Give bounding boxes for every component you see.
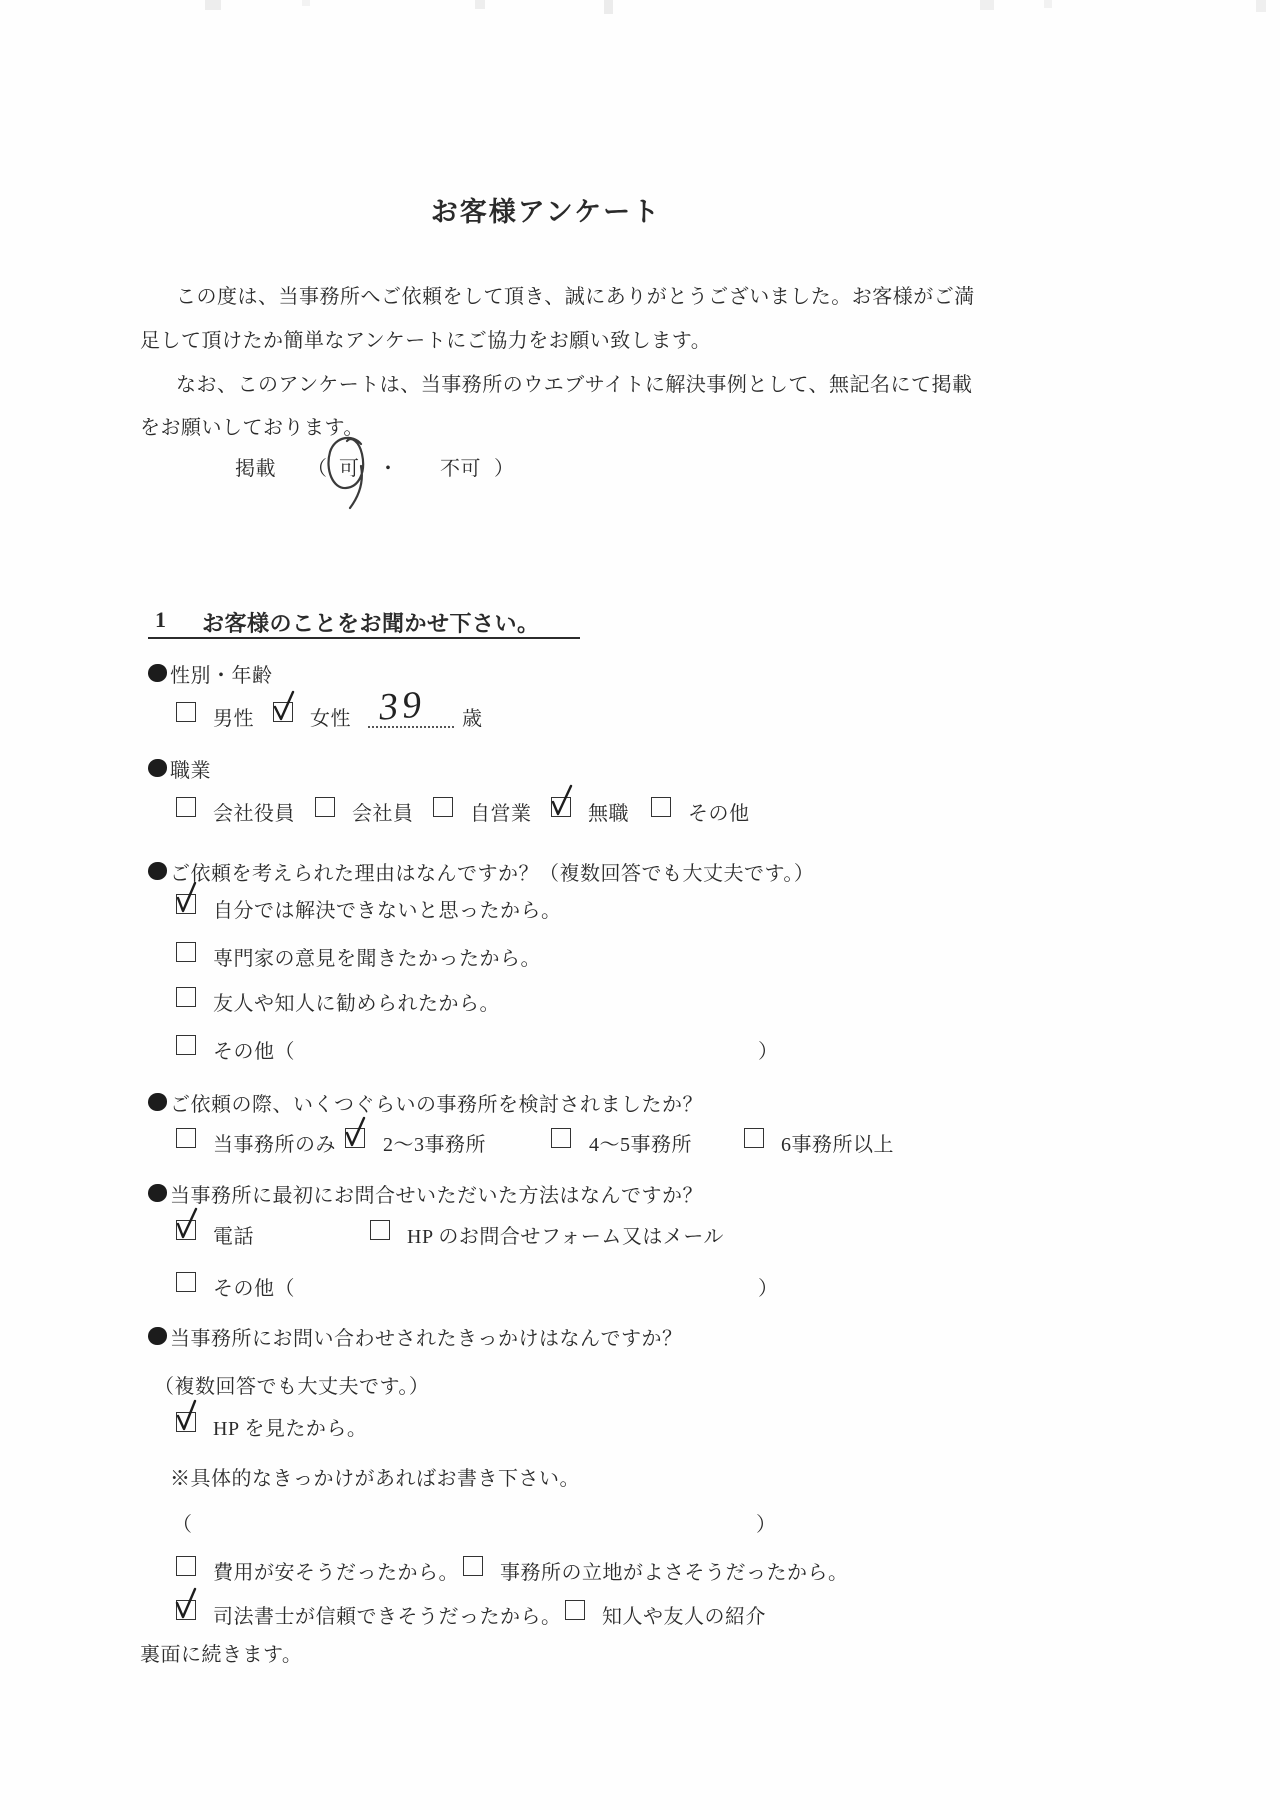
contact-method-other-row: その他（ ） (140, 1268, 1200, 1304)
bullet-icon (148, 664, 167, 682)
check-mark-icon (174, 1399, 200, 1433)
option-label: 司法書士が信頼できそうだったから。 (213, 1600, 562, 1629)
checkbox-company-officer[interactable] (176, 797, 196, 817)
option-label: 電話 (213, 1220, 254, 1249)
checkbox-reason-recommended[interactable] (176, 987, 196, 1007)
reason-option-row: 友人や知人に勧められたから。 (140, 983, 1200, 1019)
scan-artifact (1044, 0, 1052, 8)
option-label: 2～3事務所 (383, 1128, 486, 1157)
option-label: 知人や友人の紹介 (602, 1600, 766, 1629)
question-gender-age: 性別・年齢 (140, 655, 1200, 691)
intro-line: なお、このアンケートは、当事務所のウエブサイトに解決事例として、無記名にて掲載 (140, 364, 1200, 400)
intro-line: 足して頂けたか簡単なアンケートにご協力をお願い致します。 (140, 320, 1200, 356)
checkbox-trustworthy[interactable] (176, 1600, 196, 1620)
bullet-icon (148, 862, 167, 880)
question-trigger: 当事務所にお問い合わせされたきっかけはなんですか？ (140, 1318, 1200, 1354)
checkbox-unemployed[interactable] (551, 797, 571, 817)
option-label: その他 (688, 797, 750, 826)
page-title: お客様アンケート (140, 190, 952, 229)
intro-line: この度は、当事務所へご依頼をして頂き、誠にありがとうございました。お客様がご満 (140, 276, 1200, 312)
question-label: 当事務所にお問い合わせされたきっかけはなんですか？ (170, 1322, 683, 1351)
option-label-female: 女性 (310, 702, 351, 731)
checkbox-4-5-offices[interactable] (551, 1128, 571, 1148)
publish-separator: ・ (378, 452, 399, 481)
question-reason: ご依頼を考えられた理由はなんですか？（複数回答でも大丈夫です。） (140, 853, 1200, 889)
checkbox-referral[interactable] (565, 1600, 585, 1620)
option-label: 無職 (588, 797, 629, 826)
checkbox-self-employed[interactable] (433, 797, 453, 817)
intro-line: をお願いしております。 (140, 407, 1200, 443)
gender-age-options-row: 男性 女性 39 歳 (140, 698, 1200, 734)
question-occupation: 職業 (140, 750, 1200, 786)
check-mark-icon (174, 1587, 200, 1621)
checkbox-hp-form-mail[interactable] (370, 1220, 390, 1240)
scan-artifact (205, 0, 221, 10)
option-label: HP を見たから。 (213, 1412, 367, 1441)
trigger-option-row: HP を見たから。 (140, 1408, 1200, 1444)
checkbox-contact-other[interactable] (176, 1272, 196, 1292)
trigger-free-note-row: ※具体的なきっかけがあればお書き下さい。 (140, 1458, 1200, 1494)
publish-paren-close: ） (494, 452, 515, 481)
trigger-option-row: 司法書士が信頼できそうだったから。 知人や友人の紹介 (140, 1596, 1200, 1632)
heading-underline (148, 637, 580, 639)
bullet-icon (148, 1184, 167, 1202)
option-label: 当事務所のみ (213, 1128, 336, 1157)
scan-artifact (1256, 0, 1266, 12)
intro-text: 足して頂けたか簡単なアンケートにご協力をお願い致します。 (140, 324, 711, 353)
scanned-survey-page: お客様アンケート この度は、当事務所へご依頼をして頂き、誠にありがとうございまし… (0, 0, 1280, 1810)
option-label: その他（ (213, 1272, 295, 1301)
option-label-male: 男性 (213, 702, 254, 731)
question-label: 性別・年齢 (170, 659, 273, 688)
occupation-options-row: 会社役員 会社員 自営業 無職 その他 (140, 793, 1200, 829)
paren-close: ） (758, 1272, 779, 1301)
checkbox-male[interactable] (176, 702, 196, 722)
free-note-label: ※具体的なきっかけがあればお書き下さい。 (170, 1462, 580, 1491)
intro-text: この度は、当事務所へご依頼をして頂き、誠にありがとうございました。お客様がご満 (176, 280, 975, 309)
reason-option-row: 自分では解決できないと思ったから。 (140, 890, 1200, 926)
option-label: 自営業 (470, 797, 532, 826)
question-office-count: ご依頼の際、いくつぐらいの事務所を検討されましたか？ (140, 1084, 1200, 1120)
checkbox-this-office-only[interactable] (176, 1128, 196, 1148)
age-unit-label: 歳 (462, 702, 483, 731)
bullet-icon (148, 759, 167, 777)
reason-option-row: 専門家の意見を聞きたかったから。 (140, 938, 1200, 974)
option-label: 会社役員 (213, 797, 295, 826)
publish-option-ng[interactable]: 不可 (440, 452, 481, 481)
check-mark-icon (343, 1115, 369, 1149)
paren-open: （ (172, 1508, 193, 1537)
check-mark-icon (174, 881, 200, 915)
section-title: お客様のことをお聞かせ下さい。 (202, 607, 540, 638)
option-label: HP のお問合せフォーム又はメール (407, 1220, 724, 1249)
scan-artifact (604, 0, 613, 14)
paren-close: ） (756, 1508, 777, 1537)
intro-text: なお、このアンケートは、当事務所のウエブサイトに解決事例として、無記名にて掲載 (176, 368, 973, 397)
check-mark-icon (549, 784, 575, 818)
checkbox-6-plus-offices[interactable] (744, 1128, 764, 1148)
handwritten-circle-annotation-icon (321, 432, 375, 510)
publish-label: 掲載 (235, 452, 276, 481)
scan-artifact (475, 0, 485, 9)
question-label: 当事務所に最初にお問合せいただいた方法はなんですか？ (170, 1179, 703, 1208)
option-label: その他（ (213, 1035, 295, 1064)
trigger-option-row: 費用が安そうだったから。 事務所の立地がよさそうだったから。 (140, 1552, 1200, 1588)
publish-consent-row: 掲載 （ 可 ・ 不可 ） (140, 448, 1200, 484)
handwritten-age-value: 39 (378, 682, 427, 729)
checkbox-company-employee[interactable] (315, 797, 335, 817)
checkbox-phone[interactable] (176, 1220, 196, 1240)
trigger-free-answer-row: （ ） (140, 1504, 1200, 1540)
bullet-icon (148, 1093, 167, 1111)
question-label: ご依頼を考えられた理由はなんですか？（複数回答でも大丈夫です。） (170, 857, 814, 886)
question-contact-method: 当事務所に最初にお問合せいただいた方法はなんですか？ (140, 1175, 1200, 1211)
checkbox-female[interactable] (273, 702, 293, 722)
scan-artifact (980, 0, 994, 10)
office-count-options-row: 当事務所のみ 2～3事務所 4～5事務所 6事務所以上 (140, 1124, 1200, 1160)
option-label: 6事務所以上 (781, 1128, 894, 1157)
checkbox-2-3-offices[interactable] (345, 1128, 365, 1148)
checkbox-good-location[interactable] (463, 1556, 483, 1576)
scan-artifact (302, 0, 310, 6)
multi-answer-note: （複数回答でも大丈夫です。） (154, 1370, 429, 1399)
question-label: 職業 (170, 754, 211, 783)
option-label: 4～5事務所 (589, 1128, 692, 1157)
option-label: 事務所の立地がよさそうだったから。 (500, 1556, 849, 1585)
checkbox-saw-hp[interactable] (176, 1412, 196, 1432)
check-mark-icon (174, 1207, 200, 1241)
section-number: 1 (155, 607, 167, 633)
contact-method-row: 電話 HP のお問合せフォーム又はメール (140, 1216, 1200, 1252)
footer-row: 裏面に続きます。 (140, 1634, 1200, 1670)
checkbox-reason-expert-opinion[interactable] (176, 942, 196, 962)
option-label: 友人や知人に勧められたから。 (213, 987, 500, 1016)
section-heading: 1 お客様のことをお聞かせ下さい。 (140, 603, 1200, 639)
paren-close: ） (758, 1035, 779, 1064)
checkbox-reason-other[interactable] (176, 1035, 196, 1055)
footer-text: 裏面に続きます。 (140, 1638, 302, 1667)
checkbox-occupation-other[interactable] (651, 797, 671, 817)
checkbox-cheap-fee[interactable] (176, 1556, 196, 1576)
option-label: 費用が安そうだったから。 (213, 1556, 459, 1585)
option-label: 専門家の意見を聞きたかったから。 (213, 942, 541, 971)
bullet-icon (148, 1327, 167, 1345)
option-label: 自分では解決できないと思ったから。 (213, 894, 562, 923)
trigger-note-row: （複数回答でも大丈夫です。） (140, 1366, 1200, 1402)
option-label: 会社員 (352, 797, 414, 826)
question-label: ご依頼の際、いくつぐらいの事務所を検討されましたか？ (170, 1088, 703, 1117)
check-mark-icon (271, 689, 297, 723)
checkbox-reason-self-unsolvable[interactable] (176, 894, 196, 914)
reason-option-row: その他（ ） (140, 1031, 1200, 1067)
